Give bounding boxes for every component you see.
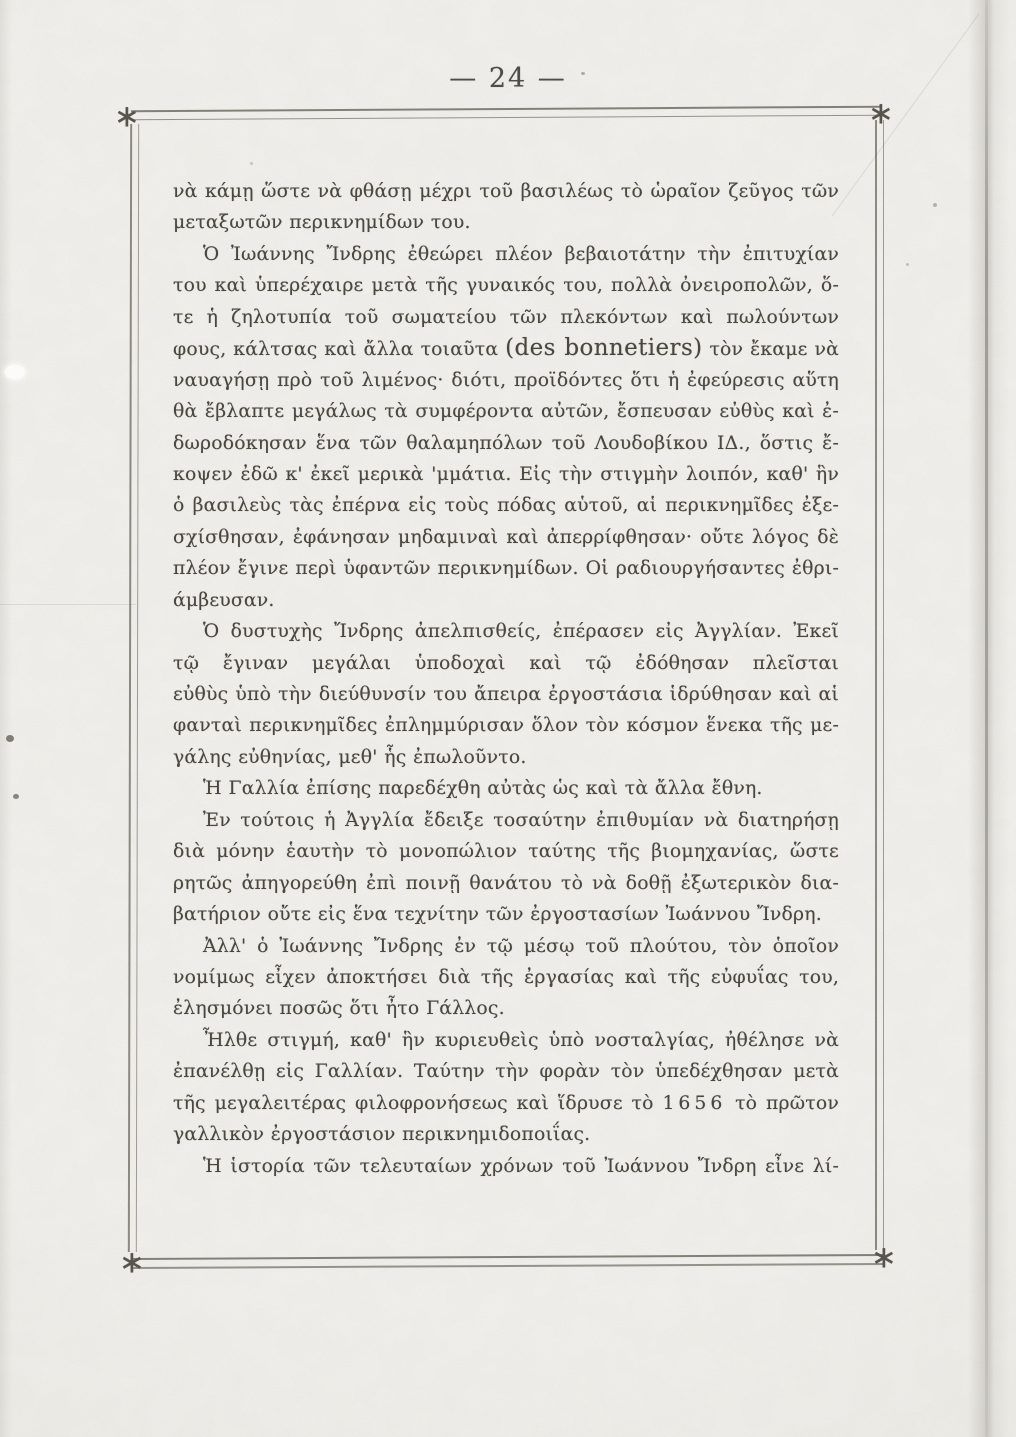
text-segment: εὐθὺς ὑπὸ τὴν διεύθυνσίν του ἄπειρα ἐργο… <box>173 684 839 710</box>
text-line: δωροδόκησαν ἕνα τῶν θαλαμηπόλων τοῦ Λουδ… <box>173 428 839 459</box>
text-segment: Ὁ δυστυχὴς Ἴνδρης ἀπελπισθείς, ἐπέρασεν … <box>203 621 839 642</box>
text-segment: Ἀλλ' ὁ Ἰωάννης Ἴνδρης ἐν τῷ μέσῳ τοῦ πλο… <box>203 936 839 957</box>
text-segment: ἐπανέλθῃ εἰς Γαλλίαν. Ταύτην τὴν φορὰν τ… <box>173 1061 839 1082</box>
text-segment: φανταὶ περικνημῖδες ἐπλημμύρισαν ὅλον τὸ… <box>173 715 839 736</box>
year-number: 1656 <box>662 1093 726 1114</box>
page-number: — 24 — <box>0 63 1016 94</box>
asterisk-ornament-icon: ∗ <box>868 99 894 130</box>
text-segment: γάλης εὐθηνίας, μεθ' ἧς ἐπωλοῦντο. <box>173 747 527 768</box>
paper-speck <box>250 162 253 165</box>
text-line: τε ἡ ζηλοτυπία τοῦ σωματείου τῶν πλεκόντ… <box>173 302 839 333</box>
text-segment: νὰ κάμῃ ὥστε νὰ φθάσῃ μέχρι τοῦ βασιλέως… <box>173 181 839 202</box>
text-segment: Ἐν τούτοις ἡ Ἀγγλία ἔδειξε τοσαύτην ἐπιθ… <box>203 810 839 831</box>
asterisk-ornament-icon: ∗ <box>119 1248 145 1279</box>
book-page: — 24 — ∗ ∗ ∗ ∗ νὰ κάμῃ ὥστε νὰ φθάσῃ μέχ… <box>0 0 1016 1437</box>
text-line: Ἐν τούτοις ἡ Ἀγγλία ἔδειξε τοσαύτην ἐπιθ… <box>173 805 839 836</box>
text-line: τῆς μεγαλειτέρας φιλοφρονήσεως καὶ ἵδρυσ… <box>173 1088 839 1119</box>
text-line: του καὶ ὑπερέχαιρε μετὰ τῆς γυναικός του… <box>173 270 839 301</box>
text-line: Ἡ ἱστορία τῶν τελευταίων χρόνων τοῦ Ἰωάν… <box>173 1151 839 1182</box>
page-text: νὰ κάμῃ ὥστε νὰ φθάσῃ μέχρι τοῦ βασιλέως… <box>173 176 839 1182</box>
text-segment: πλέον ἔγινε περὶ ὑφαντῶν περικνημίδων. Ο… <box>173 558 839 579</box>
text-line: διὰ μόνην ἑαυτὴν τὸ μονοπώλιον ταύτης τῆ… <box>173 836 839 867</box>
text-segment: μεταξωτῶν περικνημίδων του. <box>173 212 471 233</box>
paper-speck <box>906 263 909 266</box>
text-line: Ὁ Ἰωάννης Ἴνδρης ἐθεώρει πλέον βεβαιοτάτ… <box>173 239 839 270</box>
crease-mark <box>0 604 136 605</box>
text-line: Ἦλθε στιγμή, καθ' ἣν κυριευθεὶς ὑπὸ νοστ… <box>173 1025 839 1056</box>
page-edge-shadow <box>968 0 1010 1437</box>
text-line: σχίσθησαν, ἐφάνησαν μηδαμιναὶ καὶ ἀπερρί… <box>173 522 839 553</box>
asterisk-ornament-icon: ∗ <box>871 1243 897 1274</box>
text-segment: ὁ βασιλεὺς τὰς ἐπέρνα εἰς τοὺς πόδας αὑτ… <box>173 495 839 516</box>
text-line: άμβευσαν. <box>173 585 839 616</box>
text-line: ρητῶς ἀπηγορεύθη ἐπὶ ποινῇ θανάτου τὸ νὰ… <box>173 868 839 899</box>
text-segment: τε ἡ ζηλοτυπία τοῦ σωματείου τῶν πλεκόντ… <box>173 307 839 333</box>
frame-left-rule <box>128 124 139 1252</box>
text-segment: Ὁ Ἰωάννης Ἴνδρης ἐθεώρει πλέον βεβαιοτάτ… <box>203 244 839 265</box>
page-edge-line <box>985 0 988 1437</box>
text-line: ἐλησμόνει ποσῶς ὅτι ἦτο Γάλλος. <box>173 993 839 1024</box>
text-segment: ναυαγήσῃ πρὸ τοῦ λιμένος· διότι, προϊδόν… <box>173 370 839 391</box>
left-edge-shading <box>0 0 12 1437</box>
frame-top-rule <box>131 106 881 121</box>
text-line: εὐθὺς ὑπὸ τὴν διεύθυνσίν του ἄπειρα ἐργο… <box>173 679 839 710</box>
text-segment: κοψεν ἐδῶ κ' ἐκεῖ μερικὰ 'μμάτια. Εἰς τὴ… <box>173 464 839 485</box>
text-line: γαλλικὸν ἐργοστάσιον περικνημιδοποιΐας. <box>173 1119 839 1150</box>
text-segment: νομίμως εἶχεν ἀποκτήσει διὰ τῆς ἐργασίας… <box>173 967 839 993</box>
text-line: τῷ ἔγιναν μεγάλαι ὑποδοχαὶ καὶ τῷ ἐδόθησ… <box>173 648 839 679</box>
frame-right-rule <box>875 120 884 1250</box>
text-segment: δωροδόκησαν ἕνα τῶν θαλαμηπόλων τοῦ Λουδ… <box>173 433 839 454</box>
text-segment: φους, κάλτσας καὶ ἄλλα τοιαῦτα <box>173 339 505 360</box>
text-segment: διὰ μόνην ἑαυτὴν τὸ μονοπώλιον ταύτης τῆ… <box>173 841 839 862</box>
text-line: μεταξωτῶν περικνημίδων του. <box>173 207 839 238</box>
text-segment: του καὶ ὑπερέχαιρε μετὰ τῆς γυναικός του… <box>173 275 839 296</box>
text-segment: θὰ ἔβλαπτε μεγάλως τὰ συμφέροντα αὐτῶν, … <box>173 401 839 422</box>
paper-speck <box>933 203 937 207</box>
text-segment: γαλλικὸν ἐργοστάσιον περικνημιδοποιΐας. <box>173 1124 590 1145</box>
text-segment: άμβευσαν. <box>173 590 275 611</box>
text-line: θὰ ἔβλαπτε μεγάλως τὰ συμφέροντα αὐτῶν, … <box>173 396 839 427</box>
text-line: Ὁ δυστυχὴς Ἴνδρης ἀπελπισθείς, ἐπέρασεν … <box>173 616 839 647</box>
text-segment: τῷ ἔγιναν μεγάλαι ὑποδοχαὶ καὶ τῷ ἐδόθησ… <box>173 653 839 679</box>
text-segment: Ἡ ἱστορία τῶν τελευταίων χρόνων τοῦ Ἰωάν… <box>203 1156 839 1177</box>
paper-speck <box>581 72 585 75</box>
text-segment: βατήριον οὔτε εἰς ἕνα τεχνίτην τῶν ἐργοσ… <box>173 904 822 925</box>
text-line: νομίμως εἶχεν ἀποκτήσει διὰ τῆς ἐργασίας… <box>173 962 839 993</box>
text-segment: Ἡ Γαλλία ἐπίσης παρεδέχθη αὐτὰς ὡς καὶ τ… <box>203 778 763 799</box>
text-line: Ἡ Γαλλία ἐπίσης παρεδέχθη αὐτὰς ὡς καὶ τ… <box>173 773 839 804</box>
paper-speck <box>13 794 19 799</box>
text-segment: σχίσθησαν, ἐφάνησαν μηδαμιναὶ καὶ ἀπερρί… <box>173 527 839 548</box>
latin-phrase: (des bonnetiers) <box>505 335 702 361</box>
text-line: πλέον ἔγινε περὶ ὑφαντῶν περικνημίδων. Ο… <box>173 553 839 584</box>
frame-bottom-rule <box>133 1254 883 1269</box>
text-line: κοψεν ἐδῶ κ' ἐκεῖ μερικὰ 'μμάτια. Εἰς τὴ… <box>173 459 839 490</box>
text-segment: ἐλησμόνει ποσῶς ὅτι ἦτο Γάλλος. <box>173 998 505 1019</box>
paper-spot <box>5 365 25 379</box>
asterisk-ornament-icon: ∗ <box>114 102 140 133</box>
text-line: γάλης εὐθηνίας, μεθ' ἧς ἐπωλοῦντο. <box>173 742 839 773</box>
text-line: φανταὶ περικνημῖδες ἐπλημμύρισαν ὅλον τὸ… <box>173 710 839 741</box>
text-line: ναυαγήσῃ πρὸ τοῦ λιμένος· διότι, προϊδόν… <box>173 365 839 396</box>
text-segment: τῆς μεγαλειτέρας φιλοφρονήσεως καὶ ἵδρυσ… <box>173 1093 662 1114</box>
text-line: φους, κάλτσας καὶ ἄλλα τοιαῦτα (des bonn… <box>173 333 839 364</box>
text-segment: Ἦλθε στιγμή, καθ' ἣν κυριευθεὶς ὑπὸ νοστ… <box>203 1030 839 1051</box>
text-line: βατήριον οὔτε εἰς ἕνα τεχνίτην τῶν ἐργοσ… <box>173 899 839 930</box>
text-segment: τὸ πρῶτον <box>726 1093 839 1114</box>
text-line: ὁ βασιλεὺς τὰς ἐπέρνα εἰς τοὺς πόδας αὑτ… <box>173 490 839 521</box>
text-line: νὰ κάμῃ ὥστε νὰ φθάσῃ μέχρι τοῦ βασιλέως… <box>173 176 839 207</box>
paper-speck <box>6 735 14 742</box>
text-segment: τὸν ἔκαμε νὰ <box>703 339 839 360</box>
text-segment: ρητῶς ἀπηγορεύθη ἐπὶ ποινῇ θανάτου τὸ νὰ… <box>173 873 839 894</box>
text-line: ἐπανέλθῃ εἰς Γαλλίαν. Ταύτην τὴν φορὰν τ… <box>173 1056 839 1087</box>
text-line: Ἀλλ' ὁ Ἰωάννης Ἴνδρης ἐν τῷ μέσῳ τοῦ πλο… <box>173 931 839 962</box>
